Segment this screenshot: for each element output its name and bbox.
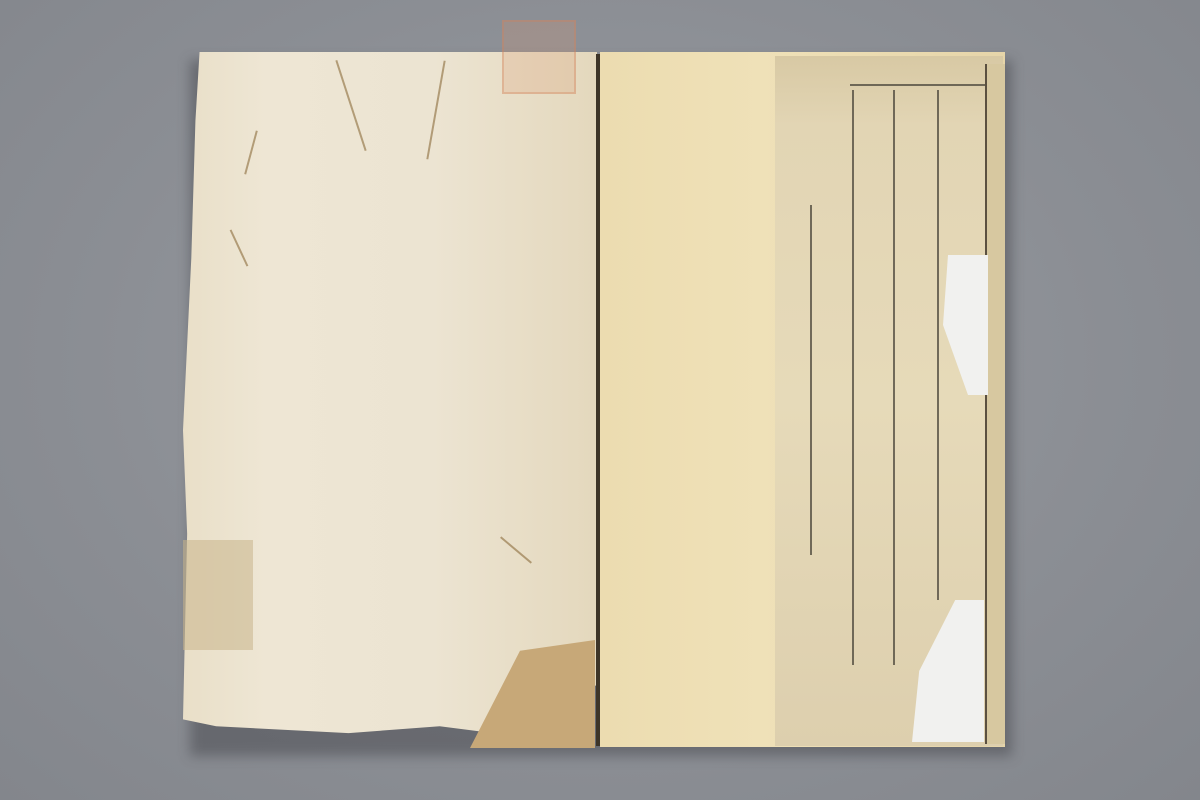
column-rule <box>810 205 812 555</box>
left-page-stain <box>183 540 253 650</box>
faded-seal-stamp <box>502 20 576 94</box>
column-rule <box>852 90 854 665</box>
frame-rule <box>850 84 990 86</box>
column-rule <box>937 90 939 600</box>
printed-margin-column <box>985 64 1005 744</box>
column-rule <box>893 90 895 665</box>
